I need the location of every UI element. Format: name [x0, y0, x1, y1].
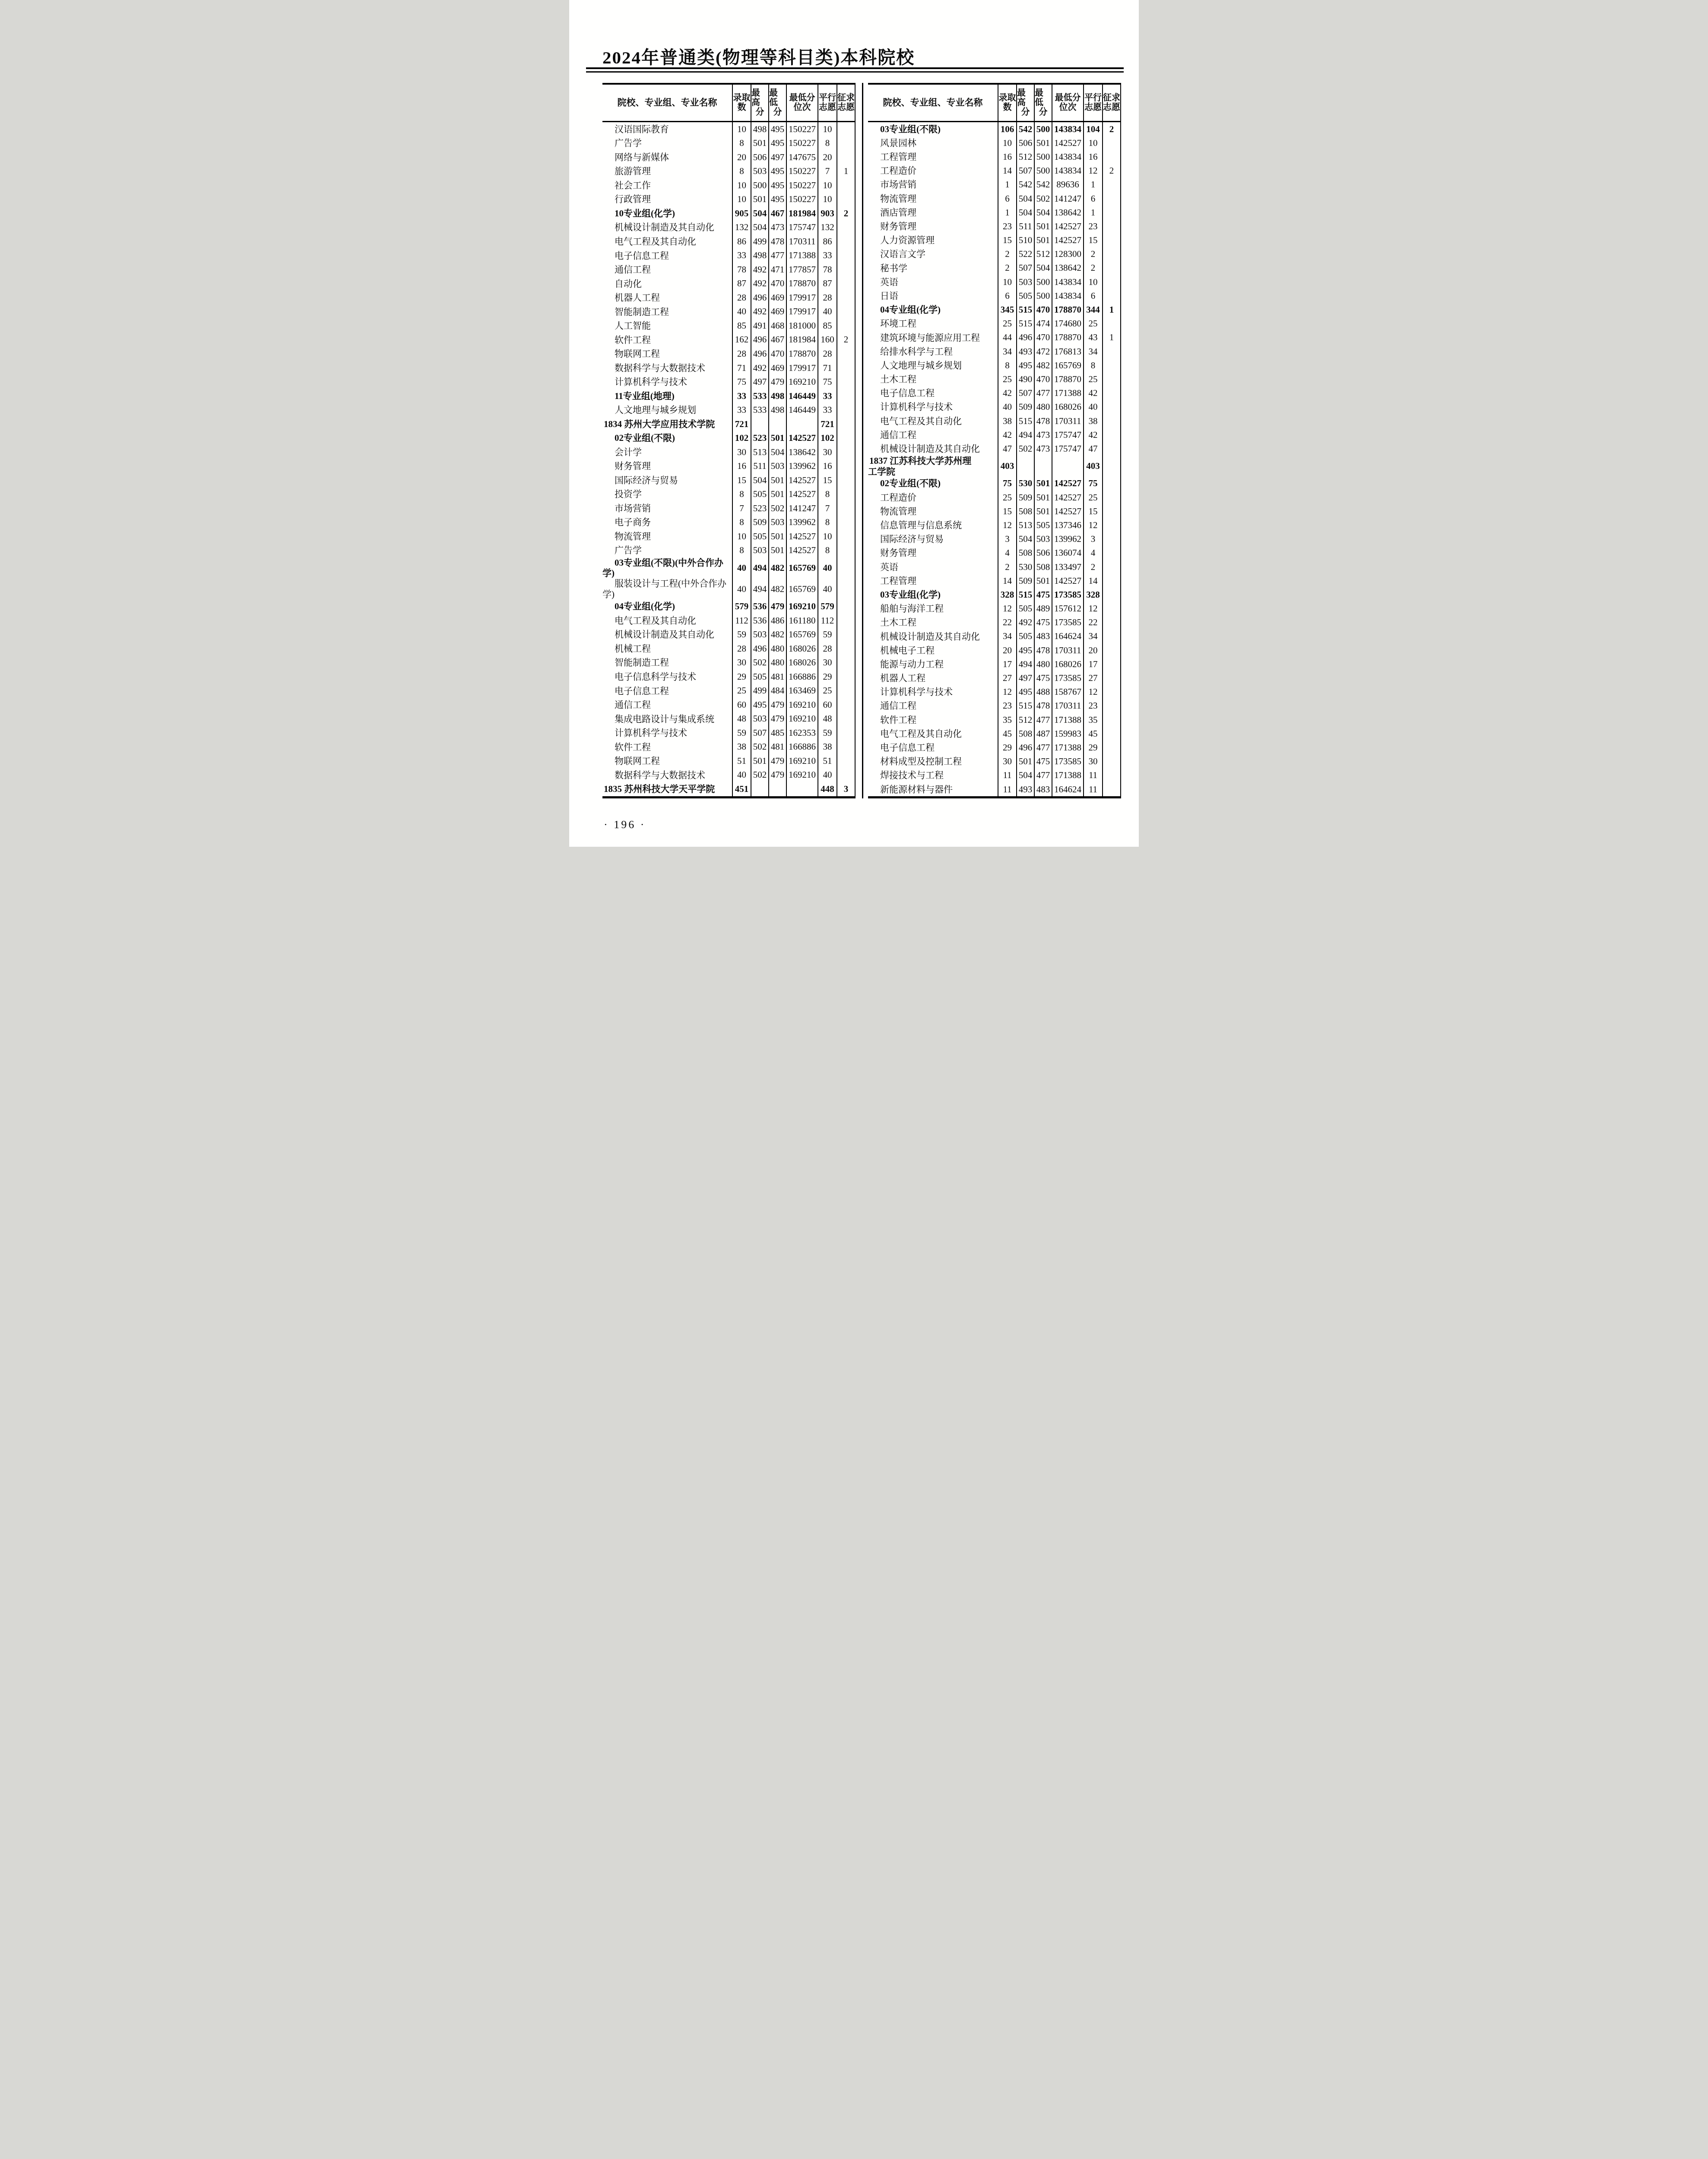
- table-row-major: 集成电路设计与集成系统4850347916921048: [602, 712, 855, 726]
- cell-value: 509: [1019, 492, 1033, 503]
- column-header-line: 最低: [1035, 89, 1052, 108]
- cell-value: 102: [821, 433, 834, 443]
- cell-max-score: 501: [1016, 755, 1034, 769]
- table-row-major: 财务管理45085061360744: [868, 546, 1120, 560]
- cell-value: 536: [753, 601, 767, 612]
- cell-solicited-pref: [837, 459, 855, 473]
- cell-solicited-pref: [837, 642, 855, 656]
- table-row-group: 02专业组(不限)102523501142527102: [602, 431, 855, 445]
- cell-value: 6: [1091, 193, 1096, 204]
- cell-parallel-pref: 16: [1083, 150, 1102, 164]
- column-header-line: 数: [738, 103, 746, 112]
- cell-min-rank: 142527: [1052, 234, 1083, 247]
- cell-value: 492: [753, 278, 767, 289]
- cell-value: 106: [1001, 124, 1014, 135]
- cell-value: 179917: [789, 363, 816, 374]
- cell-min-rank: 170311: [786, 234, 818, 249]
- cell-solicited-pref: [837, 178, 855, 193]
- cell-parallel-pref: 16: [818, 459, 837, 473]
- cell-name: 03专业组(化学): [868, 588, 998, 601]
- cell-solicited-pref: [837, 515, 855, 529]
- cell-value: 478: [1036, 645, 1050, 656]
- cell-value: 14: [1003, 576, 1012, 586]
- cell-value: 511: [753, 461, 767, 472]
- cell-value: 170311: [1054, 645, 1081, 656]
- cell-value: 505: [1019, 291, 1033, 301]
- cell-admit-count: 40: [998, 400, 1016, 414]
- cell-name: 汉语言文学: [868, 247, 998, 261]
- cell-min-rank: 89636: [1052, 178, 1083, 192]
- major-or-institution-name: 机械设计制造及其自动化: [868, 631, 998, 642]
- cell-max-score: 533: [751, 403, 768, 417]
- cell-name: 电子信息工程: [602, 249, 732, 263]
- cell-value: 505: [753, 531, 767, 542]
- cell-value: 501: [771, 489, 785, 500]
- major-or-institution-name: 机械工程: [602, 643, 732, 654]
- cell-max-score: 501: [751, 136, 768, 151]
- cell-name: 机械设计制造及其自动化: [602, 628, 732, 642]
- cell-max-score: 497: [1016, 671, 1034, 685]
- cell-name: 广告学: [602, 543, 732, 557]
- table-row-major: 人力资源管理1551050114252715: [868, 234, 1120, 247]
- cell-value: 501: [753, 756, 767, 766]
- cell-value: 497: [1019, 673, 1033, 684]
- cell-admit-count: 721: [732, 417, 751, 431]
- cell-value: 494: [1019, 430, 1033, 440]
- cell-value: 502: [753, 657, 767, 668]
- cell-min-score: 501: [1034, 219, 1052, 233]
- cell-min-rank: 142527: [786, 529, 818, 544]
- major-or-institution-name: 智能制造工程: [602, 307, 732, 317]
- cell-value: 500: [1036, 277, 1050, 288]
- major-or-institution-name: 新能源材料与器件: [868, 784, 998, 795]
- cell-value: 6: [1005, 193, 1010, 204]
- cell-value: 470: [1036, 374, 1050, 385]
- table-row-major: 工程造价2550950114252725: [868, 491, 1120, 504]
- cell-value: 1: [1091, 207, 1096, 218]
- major-or-institution-name: 电气工程及其自动化: [868, 416, 998, 427]
- cell-value: 25: [823, 685, 832, 696]
- cell-value: 15: [823, 475, 832, 486]
- cell-value: 142527: [789, 433, 816, 443]
- cell-max-score: 515: [1016, 699, 1034, 713]
- cell-name: 智能制造工程: [602, 656, 732, 670]
- table-row-major: 英语1050350014383410: [868, 275, 1120, 289]
- cell-value: 169210: [789, 713, 816, 724]
- cell-value: 28: [823, 643, 832, 654]
- cell-value: 8: [825, 138, 830, 149]
- cell-admit-count: 3: [998, 532, 1016, 546]
- cell-min-score: 478: [1034, 643, 1052, 657]
- cell-value: 504: [753, 208, 767, 219]
- cell-value: 501: [1036, 576, 1050, 586]
- cell-parallel-pref: 12: [1083, 164, 1102, 178]
- cell-min-score: 475: [1034, 616, 1052, 630]
- table-header-row: 院校、专业组、专业名称录取数最高分最低分最低分位次平行志愿征求志愿: [868, 83, 1121, 122]
- cell-min-score: 500: [1034, 164, 1052, 178]
- cell-min-rank: 170311: [1052, 699, 1083, 713]
- table-row-group: 02专业组(不限)7553050114252775: [868, 477, 1120, 491]
- cell-parallel-pref: 75: [1083, 477, 1102, 491]
- title-rule-bottom: [586, 71, 1124, 73]
- scanned-document-page: 2024年普通类(物理等科目类)本科院校 院校、专业组、专业名称录取数最高分最低…: [569, 0, 1139, 847]
- cell-min-score: 479: [768, 768, 786, 782]
- cell-value: 174680: [1054, 318, 1081, 329]
- cell-value: 721: [821, 419, 834, 430]
- title-rule-top: [586, 67, 1124, 69]
- cell-admit-count: 40: [732, 768, 751, 782]
- cell-solicited-pref: [1102, 518, 1120, 532]
- cell-max-score: 542: [1016, 122, 1034, 136]
- cell-value: 17: [1089, 659, 1098, 670]
- cell-min-rank: 150227: [786, 178, 818, 193]
- cell-name: 02专业组(不限): [868, 477, 998, 491]
- table-row-group: 03专业组(不限)(中外合作办学)4049448216576940: [602, 557, 855, 579]
- cell-min-rank: 170311: [1052, 414, 1083, 428]
- cell-min-score: 475: [1034, 671, 1052, 685]
- table-row-major: 物流管理65045021412476: [868, 192, 1120, 206]
- cell-parallel-pref: 28: [818, 347, 837, 361]
- cell-max-score: 533: [751, 389, 768, 403]
- cell-value: 164624: [1054, 784, 1081, 795]
- cell-min-rank: 173585: [1052, 588, 1083, 601]
- cell-max-score: 496: [751, 642, 768, 656]
- cell-value: 30: [1089, 756, 1098, 767]
- cell-value: 542: [1036, 179, 1050, 190]
- cell-name: 财务管理: [868, 546, 998, 560]
- cell-min-rank: 139962: [1052, 532, 1083, 546]
- cell-admit-count: 15: [998, 234, 1016, 247]
- cell-min-score: 501: [768, 431, 786, 445]
- cell-max-score: 509: [751, 515, 768, 529]
- cell-value: 11: [1003, 784, 1011, 795]
- cell-min-rank: 175747: [786, 221, 818, 235]
- cell-value: 10: [737, 124, 746, 135]
- cell-max-score: 536: [751, 600, 768, 614]
- cell-value: 501: [753, 194, 767, 205]
- cell-max-score: 523: [751, 501, 768, 516]
- cell-value: 473: [1036, 443, 1050, 454]
- cell-min-rank: 178870: [1052, 331, 1083, 345]
- cell-min-score: 470: [1034, 372, 1052, 386]
- cell-max-score: 512: [1016, 150, 1034, 164]
- cell-min-rank: 128300: [1052, 247, 1083, 261]
- cell-value: 142527: [789, 531, 816, 542]
- cell-name: 工程管理: [868, 150, 998, 164]
- cell-solicited-pref: [837, 361, 855, 375]
- cell-solicited-pref: [1102, 713, 1120, 727]
- table-header-row: 院校、专业组、专业名称录取数最高分最低分最低分位次平行志愿征求志愿: [602, 83, 856, 122]
- table-row-group: 10专业组(化学)9055044671819849032: [602, 206, 855, 221]
- cell-value: 173585: [1054, 589, 1081, 600]
- table-row-major: 电气工程及其自动化3851547817031138: [868, 414, 1120, 428]
- cell-name: 旅游管理: [602, 165, 732, 179]
- cell-solicited-pref: [1102, 442, 1120, 456]
- cell-value: 509: [1019, 576, 1033, 586]
- major-or-institution-name: 自动化: [602, 279, 732, 289]
- cell-value: 11: [1089, 770, 1097, 781]
- cell-min-score: 479: [768, 375, 786, 389]
- cell-solicited-pref: [837, 431, 855, 445]
- cell-max-score: 504: [751, 473, 768, 488]
- table-row-major: 机器人工程2749747517358527: [868, 671, 1120, 685]
- cell-name: 10专业组(化学): [602, 206, 732, 221]
- cell-min-score: 472: [1034, 345, 1052, 358]
- table-row-major: 广告学85035011425278: [602, 543, 855, 557]
- cell-value: 25: [1089, 374, 1098, 385]
- cell-max-score: 522: [1016, 247, 1034, 261]
- cell-value: 721: [735, 419, 749, 430]
- cell-value: 165769: [789, 629, 816, 640]
- cell-max-score: 509: [1016, 400, 1034, 414]
- cell-min-score: 501: [768, 529, 786, 544]
- cell-value: 142527: [1054, 492, 1081, 503]
- cell-max-score: 499: [751, 234, 768, 249]
- cell-min-rank: 142527: [786, 431, 818, 445]
- cell-admit-count: 2: [998, 247, 1016, 261]
- cell-value: 169210: [789, 700, 816, 710]
- table-row-major: 市场营销1542542896361: [868, 178, 1120, 192]
- cell-admit-count: 7: [732, 501, 751, 516]
- cell-solicited-pref: [837, 740, 855, 754]
- cell-value: 138642: [789, 447, 816, 458]
- cell-admit-count: 6: [998, 192, 1016, 206]
- cell-value: 34: [1003, 346, 1012, 357]
- cell-value: 20: [823, 152, 832, 163]
- cell-value: 507: [753, 728, 767, 738]
- cell-value: 403: [1001, 461, 1014, 472]
- cell-solicited-pref: [1102, 546, 1120, 560]
- cell-value: 478: [1036, 700, 1050, 711]
- cell-value: 11: [1003, 770, 1011, 781]
- cell-value: 78: [737, 264, 746, 275]
- cell-value: 25: [1089, 318, 1098, 329]
- cell-value: 344: [1086, 304, 1100, 315]
- cell-value: 495: [771, 180, 785, 191]
- cell-min-rank: 178870: [786, 347, 818, 361]
- cell-min-score: 498: [768, 403, 786, 417]
- cell-name: 信息管理与信息系统: [868, 518, 998, 532]
- cell-admit-count: 33: [732, 403, 751, 417]
- cell-admit-count: 8: [998, 358, 1016, 372]
- cell-value: 530: [1019, 562, 1033, 573]
- cell-value: 173585: [1054, 617, 1081, 628]
- table-row-major: 汉语言文学25225121283002: [868, 247, 1120, 261]
- cell-value: 146449: [789, 405, 816, 415]
- cell-admit-count: 14: [998, 164, 1016, 178]
- cell-name: 03专业组(不限)(中外合作办学): [602, 557, 732, 579]
- cell-value: 1: [1091, 179, 1096, 190]
- cell-admit-count: 17: [998, 657, 1016, 671]
- cell-value: 43: [1089, 332, 1098, 343]
- cell-min-score: 504: [1034, 206, 1052, 219]
- cell-value: 8: [825, 489, 830, 500]
- cell-value: 2: [1091, 562, 1096, 573]
- cell-parallel-pref: 102: [818, 431, 837, 445]
- cell-value: 28: [737, 292, 746, 303]
- cell-value: 511: [1019, 221, 1032, 232]
- cell-solicited-pref: [837, 487, 855, 501]
- cell-name: 计算机科学与技术: [868, 685, 998, 699]
- cell-value: 3: [1005, 534, 1010, 544]
- cell-value: 44: [1003, 332, 1012, 343]
- cell-max-score: 504: [751, 221, 768, 235]
- cell-name: 土木工程: [868, 372, 998, 386]
- cell-admit-count: 33: [732, 249, 751, 263]
- cell-parallel-pref: 1: [1083, 206, 1102, 219]
- cell-parallel-pref: 38: [1083, 414, 1102, 428]
- cell-parallel-pref: 15: [1083, 504, 1102, 518]
- cell-value: 175747: [789, 222, 816, 233]
- cell-admit-count: 12: [998, 518, 1016, 532]
- column-header-line: 位次: [1059, 103, 1077, 112]
- cell-solicited-pref: 1: [837, 165, 855, 179]
- cell-max-score: 505: [751, 529, 768, 544]
- column-header-line: 平行: [1084, 93, 1102, 103]
- cell-value: 2: [1005, 249, 1010, 260]
- cell-value: 40: [737, 584, 746, 595]
- cell-min-score: 501: [768, 543, 786, 557]
- cell-value: 2: [1109, 124, 1114, 135]
- table-row-major: 人工智能8549146818100085: [602, 319, 855, 333]
- cell-max-score: 502: [751, 740, 768, 754]
- cell-value: 40: [823, 769, 832, 780]
- cell-value: 60: [737, 700, 746, 710]
- cell-value: 40: [737, 563, 746, 573]
- cell-min-rank: 178870: [1052, 303, 1083, 317]
- cell-value: 451: [735, 784, 749, 795]
- cell-admit-count: 30: [732, 656, 751, 670]
- cell-min-score: 500: [1034, 275, 1052, 289]
- cell-solicited-pref: [837, 319, 855, 333]
- cell-value: 47: [1003, 443, 1012, 454]
- cell-value: 499: [753, 236, 767, 247]
- cell-value: 496: [1019, 332, 1033, 343]
- cell-solicited-pref: [837, 136, 855, 151]
- cell-solicited-pref: [1102, 317, 1120, 331]
- cell-max-score: 492: [1016, 616, 1034, 630]
- cell-admit-count: 23: [998, 699, 1016, 713]
- cell-value: 25: [1003, 492, 1012, 503]
- cell-solicited-pref: [1102, 289, 1120, 303]
- cell-name: 工程造价: [868, 164, 998, 178]
- cell-name: 物联网工程: [602, 347, 732, 361]
- cell-min-score: 503: [768, 459, 786, 473]
- cell-min-score: 502: [1034, 192, 1052, 206]
- cell-name: 人文地理与城乡规划: [868, 358, 998, 372]
- cell-parallel-pref: 344: [1083, 303, 1102, 317]
- cell-min-score: 478: [768, 234, 786, 249]
- major-or-institution-name: 11专业组(地理): [602, 391, 732, 402]
- major-or-institution-name: 工程造价: [868, 165, 998, 176]
- cell-solicited-pref: [1102, 178, 1120, 192]
- table-row-major: 机械设计制造及其自动化132504473175747132: [602, 221, 855, 235]
- cell-value: 8: [739, 489, 744, 500]
- cell-value: 38: [1089, 416, 1098, 427]
- cell-value: 177857: [789, 264, 816, 275]
- major-or-institution-name: 国际经济与贸易: [602, 475, 732, 486]
- cell-value: 477: [1036, 388, 1050, 399]
- cell-value: 10: [1003, 277, 1012, 288]
- cell-value: 139962: [789, 461, 816, 472]
- table-row-major: 电子商务85095031399628: [602, 515, 855, 529]
- cell-min-score: 501: [768, 473, 786, 488]
- cell-name: 02专业组(不限): [602, 431, 732, 445]
- cell-min-rank: [786, 782, 818, 796]
- cell-min-rank: 169210: [786, 375, 818, 389]
- cell-parallel-pref: 8: [818, 515, 837, 529]
- major-or-institution-name: 能源与动力工程: [868, 659, 998, 670]
- major-or-institution-name: 服装设计与工程(中外合作办学): [602, 579, 732, 600]
- cell-solicited-pref: [837, 684, 855, 698]
- cell-value: 42: [1003, 388, 1012, 399]
- cell-max-score: 502: [751, 656, 768, 670]
- cell-min-rank: 133497: [1052, 560, 1083, 574]
- cell-value: 500: [1036, 165, 1050, 176]
- major-or-institution-name: 财务管理: [868, 548, 998, 558]
- cell-value: 27: [1003, 673, 1012, 684]
- cell-value: 477: [1036, 770, 1050, 781]
- cell-min-rank: 142527: [1052, 504, 1083, 518]
- cell-value: 504: [1019, 534, 1033, 544]
- cell-solicited-pref: [1102, 192, 1120, 206]
- cell-value: 143834: [1054, 277, 1081, 288]
- cell-solicited-pref: [837, 726, 855, 740]
- cell-value: 175747: [1054, 430, 1081, 440]
- cell-value: 22: [1089, 617, 1098, 628]
- column-header-line: 志愿: [1103, 103, 1120, 112]
- table-row-major: 数据科学与大数据技术4050247916921040: [602, 768, 855, 782]
- cell-solicited-pref: [837, 557, 855, 579]
- cell-value: 495: [771, 138, 785, 149]
- cell-value: 7: [739, 503, 744, 514]
- column-header-line: 最高: [1017, 89, 1034, 108]
- cell-max-score: 506: [751, 150, 768, 165]
- cell-value: 142527: [1054, 506, 1081, 517]
- cell-parallel-pref: 42: [1083, 386, 1102, 400]
- cell-min-score: 501: [1034, 136, 1052, 150]
- table-row-major: 电子信息工程2549948416346925: [602, 684, 855, 698]
- table-row-group: 11专业组(地理)3353349814644933: [602, 389, 855, 403]
- cell-min-rank: 143834: [1052, 150, 1083, 164]
- cell-value: 168026: [789, 643, 816, 654]
- cell-min-rank: 171388: [1052, 769, 1083, 782]
- table-row-major: 电子信息工程4250747717138842: [868, 386, 1120, 400]
- cell-value: 12: [1089, 165, 1098, 176]
- column-header-parallel-pref: 平行志愿: [818, 85, 837, 121]
- major-or-institution-name: 人文地理与城乡规划: [602, 405, 732, 415]
- cell-admit-count: 44: [998, 331, 1016, 345]
- cell-value: 42: [1003, 430, 1012, 440]
- table-row-major: 日语65055001438346: [868, 289, 1120, 303]
- cell-value: 505: [753, 671, 767, 682]
- cell-min-score: 473: [1034, 428, 1052, 442]
- major-or-institution-name: 通信工程: [602, 700, 732, 710]
- cell-value: 163469: [789, 685, 816, 696]
- table-row-major: 软件工程3850248116688638: [602, 740, 855, 754]
- cell-value: 112: [735, 615, 748, 626]
- table-row-inst: 1835 苏州科技大学天平学院4514483: [602, 782, 855, 796]
- major-or-institution-name: 电子信息工程: [868, 388, 998, 399]
- column-header-name: 院校、专业组、专业名称: [868, 85, 998, 121]
- cell-value: 16: [737, 461, 746, 472]
- cell-value: 479: [771, 769, 785, 780]
- table-row-major: 建筑环境与能源应用工程44496470178870431: [868, 331, 1120, 345]
- cell-min-score: 473: [768, 221, 786, 235]
- cell-solicited-pref: [1102, 560, 1120, 574]
- cell-solicited-pref: [1102, 685, 1120, 699]
- cell-min-score: 483: [1034, 630, 1052, 643]
